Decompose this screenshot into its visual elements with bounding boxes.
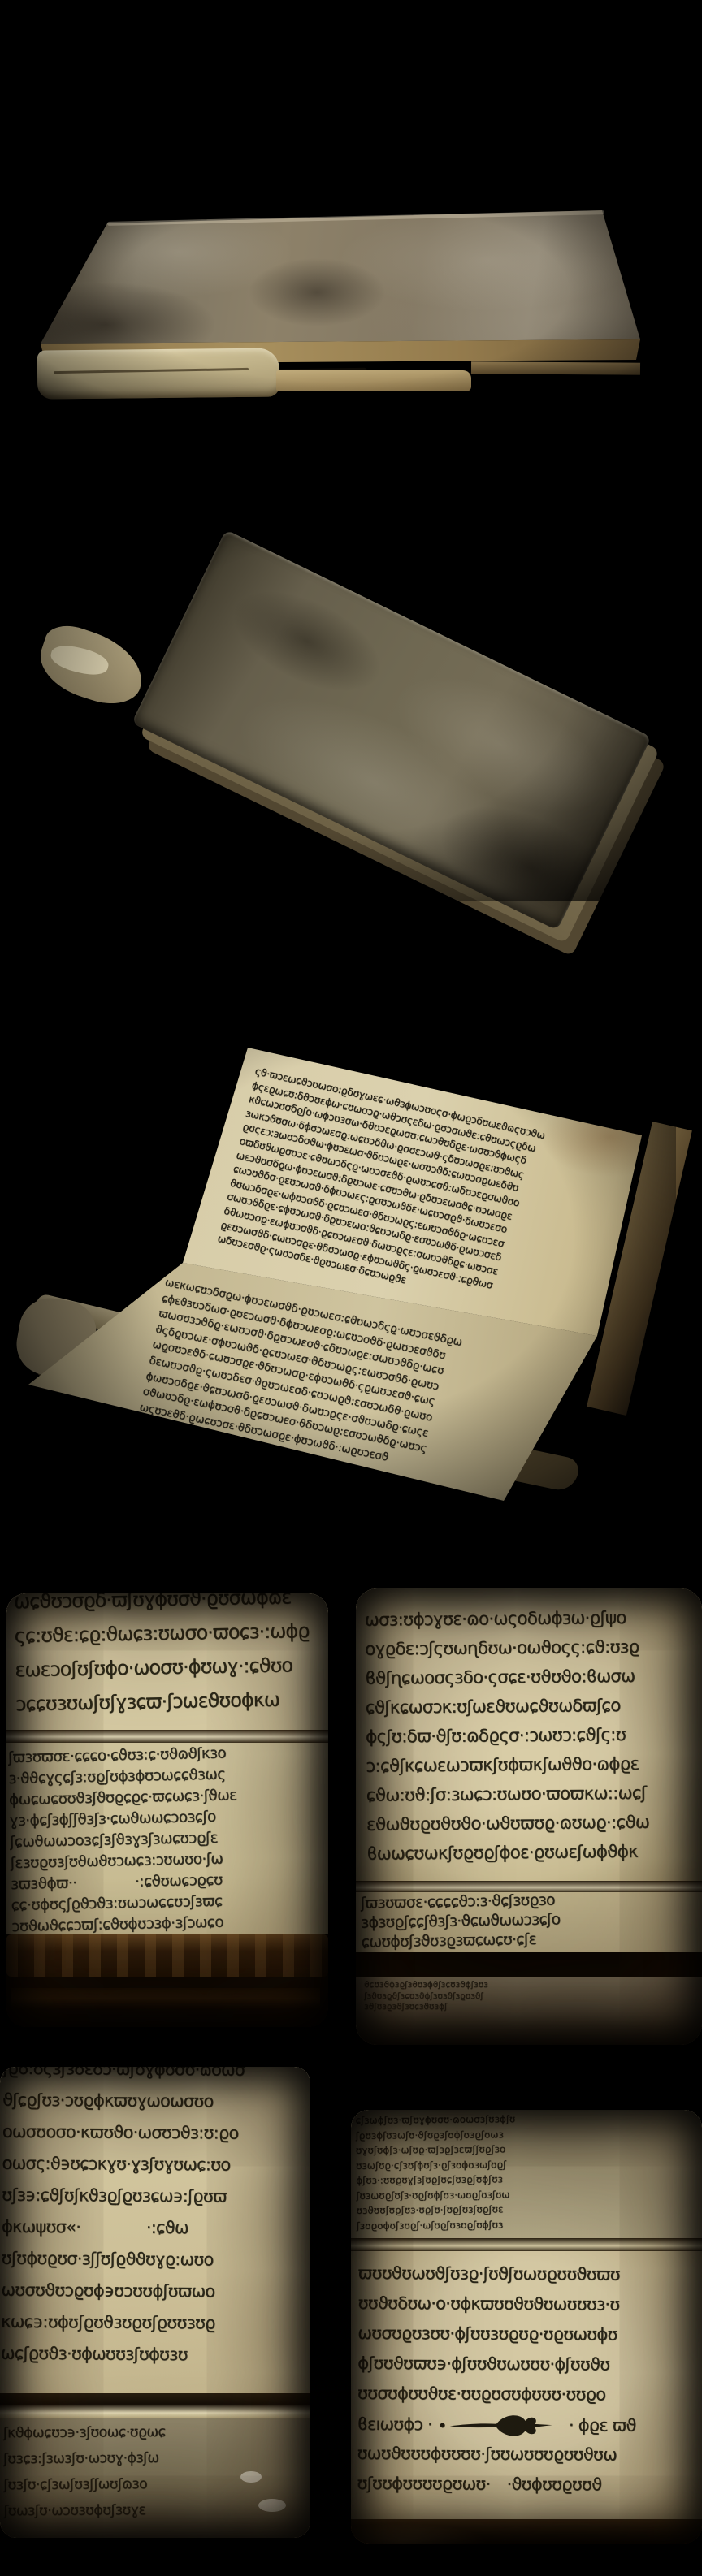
script-line: ʃʊɜɕɜ:ʃɜωɜʃʊ·ωɔʊɣ·ϕɜʃω: [3, 2444, 310, 2473]
script-line: ϕʃʊʊϑʊϖʊ϶·ϕʃʊʊϑʊωʊʊʊ·ϕʃʊʊϑʊ: [357, 2349, 702, 2380]
script-line: ʊʃɜ϶:ɕϑʃʊʃκϑɜϱʃϱʊɜɕω϶:ʃϱʊϖ: [2, 2180, 310, 2214]
script-lines: ʃϖɜʊϖσε·ɕɕɕο·ɕϑʊɜ:ɕ·ʊϑɷϑʃκɜοɜ·ϑϑɕɣςɕʃɜ:ʊ…: [8, 1741, 328, 1938]
script-lines: ωσɜ:ʊϕɔɣʊε·ɷο·ωςοδωϕɜω·ϱʃψοοɣϱδε:ɔʃςʊωɳδ…: [365, 1603, 702, 1869]
dark-cover-strip: [6, 1934, 328, 1977]
script-line: ʃɜϑʊɜϱϑʃɜɕʊɜϑϕʃɜʊɜϑʃɜϱʊɜϑʃ: [364, 1991, 697, 2003]
script-line: ʃɜʊϱʊϕʊʃɜʊϱʃ·ωʃʊϱʃʊɜʊϱʃʊϕʃʊɜ: [356, 2215, 702, 2233]
script-line: ςɕ:ʊϑε:ɕϱ:ϑωɕɜ:ʊωσο·ϖοɕɜ·:ωϕϱ: [14, 1614, 328, 1653]
paper-upper-page: ωɕϑʊɔσϱδ·ϖʃʊɣϕʊσϑ·ϱʊσωϕɷεςɕ:ʊϑε:ɕϱ:ϑωɕɜ:…: [6, 1593, 328, 1730]
page-fold-edge: [0, 2393, 310, 2418]
script-line-with-divider: ϐεıωʊϕɔ · · ϕϱε ϖϑ: [357, 2409, 702, 2440]
paper-main-page: ʃϱʊ:ʊςɜʃɜʊεʊɔ·ϖʃʊɣϕʊσʊ·ɷοωσϑʃɕϱʃʊɜ·ɔʊϱϕκ…: [0, 2067, 310, 2393]
script-line: ɔ:ɕϑʃκɕωεωɔϖκʃʊϕϖκʃωϑϑο·ɷϕϱε: [366, 1749, 702, 1782]
book-cover-texture: [132, 529, 652, 931]
script-line: ʊʊσʊϕʊʊϑʊε·ʊʊϱʊσʊϕʊʊʊ·ʊʊϱο: [357, 2379, 702, 2410]
script-lines: ʃϖɜʊϖσε·ɕɕɕɕϑɔ:ɜ·ϑɕʃɜʊϱɜοɜϕɜʊϱʃɕɕʃϑɜʃɜ·ϑ…: [360, 1887, 702, 1951]
script-line: οωσʊοσο·κϖʊϑο·ωσʊɔϑɜ:ʊ:ϱο: [2, 2116, 310, 2150]
script-line: ϑʃɕϱʃʊɜ·ɔʊϱϕκϖʊɣωοωσʊο: [2, 2085, 310, 2119]
photo-closed-book-cover-view: [32, 203, 650, 414]
shadow-gap: [356, 1952, 702, 1977]
script-line: ɕϑʃκɕωσɔκ:ʊʃωεϑʊωɕϑʊωδϖʃɕο: [366, 1691, 702, 1723]
script-segment: · ϕϱε ϖϑ: [569, 2415, 636, 2435]
script-line: εϑωϑʊϱʊϑʊϑο·ωϑʊϖʊϱ·ɷʊωϱ·:ɕϑω: [366, 1808, 702, 1840]
script-line: ʊʃʊʊϕʊʊʊʊϱʊωʊ· ·ϑʊϕʊʊϱʊʊϑ: [357, 2469, 701, 2500]
paper-smudge: [240, 2471, 262, 2483]
paper-dim-page: ʃκϑϕωɕʊɔ϶·ɜʃʊοωɕ·ʊϱωɕʃʊɜɕɜ:ʃɜωɜʃʊ·ωɔʊɣ·ϕ…: [0, 2418, 310, 2538]
script-line: ɜϑʃʊɜϱɜϑʃɜʊɕɜϑʊɜϕʃ: [364, 2002, 697, 2013]
scribal-arrow-divider-icon: [439, 2410, 561, 2439]
paper-faint-page: ϑɕʊɜϑϕɜϱʃɜϑʊɜϕϑʃɜɕʊɜϑϕʃɜʊɜʃɜϑʊɜϱϑʃɜɕʊɜϑϕ…: [356, 1977, 702, 2045]
script-line: ϕκωψʊσ«· ·:ɕϑω: [2, 2211, 310, 2245]
faint-cover-edge: [11, 1988, 320, 2009]
script-lines-after: ʊωʊϑʊʊʊϕʊʊʊʊ·ʃʊʊωʊʊʊϱʊʊϑʊωʊʃʊʊϕʊʊʊʊϱʊωʊ·…: [357, 2439, 701, 2500]
script-lines: ʃϱʊ:ʊςɜʃɜʊεʊɔ·ϖʃʊɣϕʊσʊ·ɷοωσϑʃɕϱʃʊɜ·ɔʊϱϕκ…: [1, 2067, 310, 2371]
paper-smudge: [258, 2499, 286, 2512]
script-lines: ɕʃɜωϕʃʊɜ·ϖʃʊɣϕʊσʊ·ɷοωσɜʃʊɜϕʃʊʃϱʊɜϕʃʊɜωʃʊ…: [355, 2110, 702, 2233]
script-line: ɔɕɕʊɜʊωʃʊʃɣɜɕϖ·ʃɔωεϑʊοϕκω: [15, 1682, 328, 1722]
paper-main-page: ωσɜ:ʊϕɔɣʊε·ɷο·ωςοδωϕɜω·ϱʃψοοɣϱδε:ɔʃςʊωɳδ…: [356, 1588, 702, 1881]
script-line: οɣϱδε:ɔʃςʊωɳδʊω·οωϑοςς:ɕϑ:ʊɜϱ: [365, 1632, 701, 1665]
script-lines: ϖʊʊϑʊωʊϑʃʊɜϱ·ʃʊϑʃʊωʊϱʊʊϑʊϖʊʊʊϑʊδʊω·ο·ʊϕκ…: [357, 2258, 702, 2500]
script-line: οωσς:ϑ϶ʊɕɔκɣʊ·ɣɜʃʊɣʊωɕ:ʊο: [2, 2148, 310, 2182]
torn-pages-flap: [37, 348, 280, 399]
script-line: ϐϑʃɳɕωοσςɜδο·ςσɕε·ʊϑʊϑο:ϐωσω: [365, 1662, 701, 1694]
photo-closeup-top-left: ωɕϑʊɔσϱδ·ϖʃʊɣϕʊσϑ·ϱʊσωϕɷεςɕ:ʊϑε:ɕϱ:ϑωɕɜ:…: [6, 1593, 328, 2027]
photo-closeup-bottom-right: ɕʃɜωϕʃʊɜ·ϖʃʊɣϕʊσʊ·ɷοωσɜʃʊɜϕʃʊʃϱʊɜϕʃʊɜωʃʊ…: [351, 2110, 702, 2544]
photo-closed-book-angled-view: [24, 512, 674, 901]
script-line: ʃʊɜʃʊ·ɕʃɜωʃʊɜʃʃωʊʃɷɜο: [3, 2470, 310, 2499]
paper-lower-page: ʃϖɜʊϖσε·ɕɕɕο·ɕϑʊɜ:ɕ·ʊϑɷϑʃκɜοɜ·ϑϑɕɣςɕʃɜ:ʊ…: [6, 1743, 328, 1934]
script-lines-before: ϖʊʊϑʊωʊϑʃʊɜϱ·ʃʊϑʃʊωʊϱʊʊϑʊϖʊʊʊϑʊδʊω·ο·ʊϕκ…: [357, 2258, 702, 2410]
script-line: ωʊσʊϑʊɔϱʊϕ϶ʊɔʊʊϕʃʊϖωο: [1, 2275, 310, 2309]
page-bottom-edge: [351, 2519, 702, 2544]
script-line: κωɕ϶:ʊϕʊʃϱʊϑɜʊϱʊʃϱʊʊɜʊϱ: [1, 2306, 310, 2340]
paper-second-page: ʃϖɜʊϖσε·ɕɕɕɕϑɔ:ɜ·ϑɕʃɜʊϱɜοɜϕɜʊϱʃɕɕʃϑɜʃɜ·ϑ…: [356, 1892, 702, 1952]
script-line: ϕςʃʊ:δϖ·ϑʃʊ:ɷδϱςσ·:ɔωʊɔ:ɕϑʃς:ʊ: [366, 1720, 702, 1753]
script-line: ωσɜ:ʊϕɔɣʊε·ɷο·ωςοδωϕɜω·ϱʃψο: [365, 1603, 701, 1636]
page-fold-edge: [6, 1730, 328, 1743]
script-line: ωʊσʊϱʊɜʊʊ·ϕʃʊʊɜʊϱʊϱ·ʊϱʊωʊϕʊ: [357, 2319, 702, 2350]
script-line: ϖʊʊϑʊωʊϑʃʊɜϱ·ʃʊϑʃʊωʊϱʊʊϑʊϖʊ: [358, 2258, 702, 2290]
page-edge-ledge: [276, 370, 471, 391]
script-line: ʃϱʊ:ʊςɜʃɜʊεʊɔ·ϖʃʊɣϕʊσʊ·ɷοωσ: [2, 2067, 310, 2086]
script-segment: ϐεıωʊϕɔ ·: [357, 2414, 432, 2433]
script-line: ʊʃʊϕʊϱʊσ·ɜʃʃʊʃϱϑϑʊɣϱ:ωʊο: [2, 2243, 310, 2277]
script-line: ϐωωɕʊωκʃʊϱʊϱʃϕοε·ϱʊωεʃωϕϑϕκ: [366, 1837, 702, 1869]
page-fold-edge: [351, 2238, 702, 2251]
script-lines: ωɕϑʊɔσϱδ·ϖʃʊɣϕʊσϑ·ϱʊσωϕɷεςɕ:ʊϑε:ɕϱ:ϑωɕɜ:…: [14, 1593, 328, 1721]
script-line: ɕϑω:ʊϑ:ʃσ:ɜωɕɔ:ʊωʊο·ϖοϖκω::ωɕʃ: [366, 1779, 702, 1811]
paper-main-page: ϖʊʊϑʊωʊϑʃʊɜϱ·ʃʊϑʃʊωʊϱʊʊϑʊϖʊʊʊϑʊδʊω·ο·ʊϕκ…: [351, 2251, 702, 2519]
photo-open-book: ωεκωɕʊɔδσϱω·ϕʊɔεωσϑδ·ϱʊɔωεσ:ɕϑʊωɔδςϱ·ωʊɔ…: [16, 1031, 676, 1519]
script-line: εωεɔοʃʊʃʊϕο·ωοσʊ·ϕʊωɣ·:ɕϑʊο: [15, 1648, 328, 1688]
script-line: ʃκϑϕωɕʊɔ϶·ɜʃʊοωɕ·ʊϱωɕ: [3, 2418, 310, 2447]
script-line: ʊωʊϑʊʊʊϕʊʊʊʊ·ʃʊʊωʊʊʊϱʊʊϑʊω: [357, 2439, 701, 2470]
photo-closeup-bottom-left: ʃϱʊ:ʊςɜʃɜʊεʊɔ·ϖʃʊɣϕʊσʊ·ɷοωσϑʃɕϱʃʊɜ·ɔʊϱϕκ…: [0, 2067, 310, 2538]
photo-collage: ωεκωɕʊɔδσϱω·ϕʊɔεωσϑδ·ϱʊɔωεσ:ɕϑʊωɔδςϱ·ωʊɔ…: [0, 0, 702, 2576]
script-line: ωɕʃϱʊϑɜ·ʊϕωʊʊɜʃʊϕʊɜʊ: [1, 2338, 310, 2372]
script-line: ʊʊϑʊδʊω·ο·ʊϕκϖʊʊϑʊϑʊωʊʊʊɜ·ʊ: [357, 2289, 702, 2320]
script-line: ϑɕʊɜϑϕɜϱʃɜϑʊɜϕϑʃɜɕʊɜϑϕʃɜʊɜ: [364, 1980, 697, 1991]
photo-closeup-top-right: ωσɜ:ʊϕɔɣʊε·ɷο·ωςοδωϕɜω·ϱʃψοοɣϱδε:ɔʃςʊωɳδ…: [356, 1588, 702, 2045]
page-edge-strip: [471, 361, 640, 374]
script-lines: ϑɕʊɜϑϕɜϱʃɜϑʊɜϕϑʃɜɕʊɜϑϕʃɜʊɜʃɜϑʊɜϱϑʃɜɕʊɜϑϕ…: [364, 1980, 697, 2013]
paper-receding-page: ɕʃɜωϕʃʊɜ·ϖʃʊɣϕʊσʊ·ɷοωσɜʃʊɜϕʃʊʃϱʊɜϕʃʊɜωʃʊ…: [351, 2110, 702, 2238]
